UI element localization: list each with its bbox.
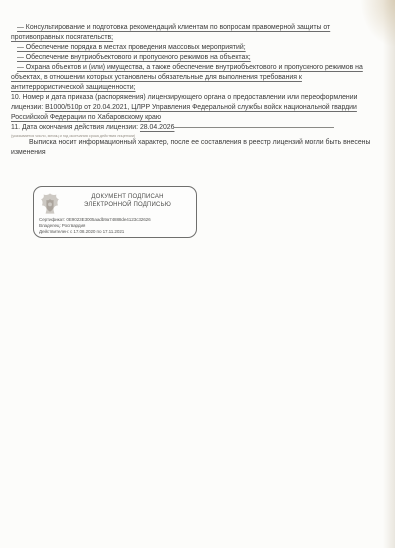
digital-signature-stamp: ДОКУМЕНТ ПОДПИСАН ЭЛЕКТРОННОЙ ПОДПИСЬЮ С… (33, 186, 197, 238)
stamp-title: ДОКУМЕНТ ПОДПИСАН ЭЛЕКТРОННОЙ ПОДПИСЬЮ (63, 191, 192, 209)
field-10-value: В1000/510р от 20.04.2021, ЦЛРР Управлени… (11, 104, 357, 121)
informational-note: Выписка носит информационный характер, п… (11, 138, 373, 158)
rosgvardia-emblem-icon (39, 191, 63, 216)
stamp-validity: Действителен: с 17.08.2020 по 17.11.2021 (39, 229, 192, 235)
stamp-details: Сертификат: 0E9023E3005aadb9a74888de4123… (39, 217, 192, 235)
field-11-label: 11. Дата окончания действия лицензии: (11, 124, 140, 131)
stamp-title-line1: ДОКУМЕНТ ПОДПИСАН (63, 194, 192, 202)
list-item: — Охрана объектов и (или) имущества, а т… (11, 63, 373, 93)
form-rule-line (174, 126, 334, 128)
stamp-header: ДОКУМЕНТ ПОДПИСАН ЭЛЕКТРОННОЙ ПОДПИСЬЮ (39, 191, 192, 216)
field-11-expiry-date: 11. Дата окончания действия лицензии: 28… (11, 123, 373, 133)
stamp-title-line2: ЭЛЕКТРОННОЙ ПОДПИСЬЮ (63, 202, 192, 210)
list-item: — Обеспечение внутриобъектового и пропус… (11, 53, 373, 63)
scan-edge-shadow (383, 0, 395, 548)
list-item: — Обеспечение порядка в местах проведени… (11, 43, 373, 53)
field-10-license-order: 10. Номер и дата приказа (распоряжения) … (11, 93, 373, 123)
list-item: — Консультирование и подготовка рекоменд… (11, 23, 373, 43)
scanned-document-page: { "colors": { "ink": "#3b3b3b", "paper":… (0, 0, 395, 548)
document-text-block: — Консультирование и подготовка рекоменд… (11, 23, 373, 158)
field-11-value: 28.04.2026 (140, 124, 175, 131)
